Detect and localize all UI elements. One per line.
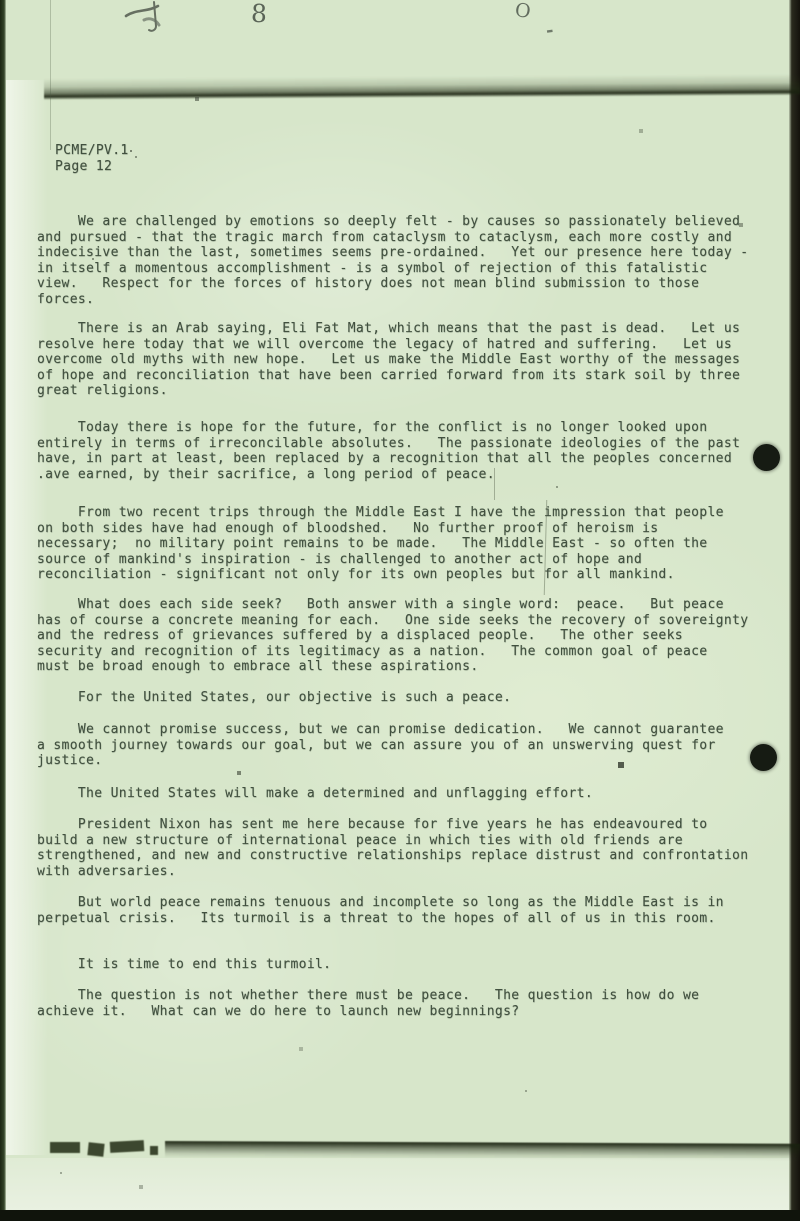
hole-punch [750,744,777,771]
paragraph: It is time to end this turmoil. [37,957,331,973]
scanned-document-page: 8 O - PCME/PV.1 Page 12 We are challenge… [0,0,800,1221]
paper-specks [0,0,2,2]
paragraph: Today there is hope for the future, for … [37,420,740,482]
scan-smudge [87,1142,104,1157]
hole-punch [753,444,780,471]
paragraph: The question is not whether there must b… [37,988,699,1019]
paragraph: From two recent trips through the Middle… [37,505,724,583]
page-number: Page 12 [55,159,129,175]
scan-edge-bottom [0,1210,800,1221]
scan-edge-right [789,0,800,1221]
scan-smudge [50,1142,80,1153]
paragraph: What does each side seek? Both answer wi… [37,597,748,675]
paragraph: The United States will make a determined… [37,786,593,802]
paper-bottom-highlight [6,1158,789,1210]
handwritten-letter: O [514,0,532,23]
handwritten-dash: - [545,20,555,42]
paragraph: There is an Arab saying, Eli Fat Mat, wh… [37,321,740,399]
paragraph: We cannot promise success, but we can pr… [37,722,724,769]
handwritten-numeral: 8 [250,0,267,28]
paragraph: But world peace remains tenuous and inco… [37,895,724,926]
paragraph: We are challenged by emotions so deeply … [37,214,748,307]
document-header: PCME/PV.1 Page 12 [55,143,129,174]
pencil-scribble [122,0,174,40]
paragraph: For the United States, our objective is … [37,690,511,706]
paper-crease [50,0,51,150]
scan-smudge [110,1140,145,1153]
document-reference: PCME/PV.1 [55,143,129,159]
scan-smudge [150,1146,158,1155]
scan-fold-shadow-top [44,74,800,100]
paragraph: President Nixon has sent me here because… [37,817,748,879]
